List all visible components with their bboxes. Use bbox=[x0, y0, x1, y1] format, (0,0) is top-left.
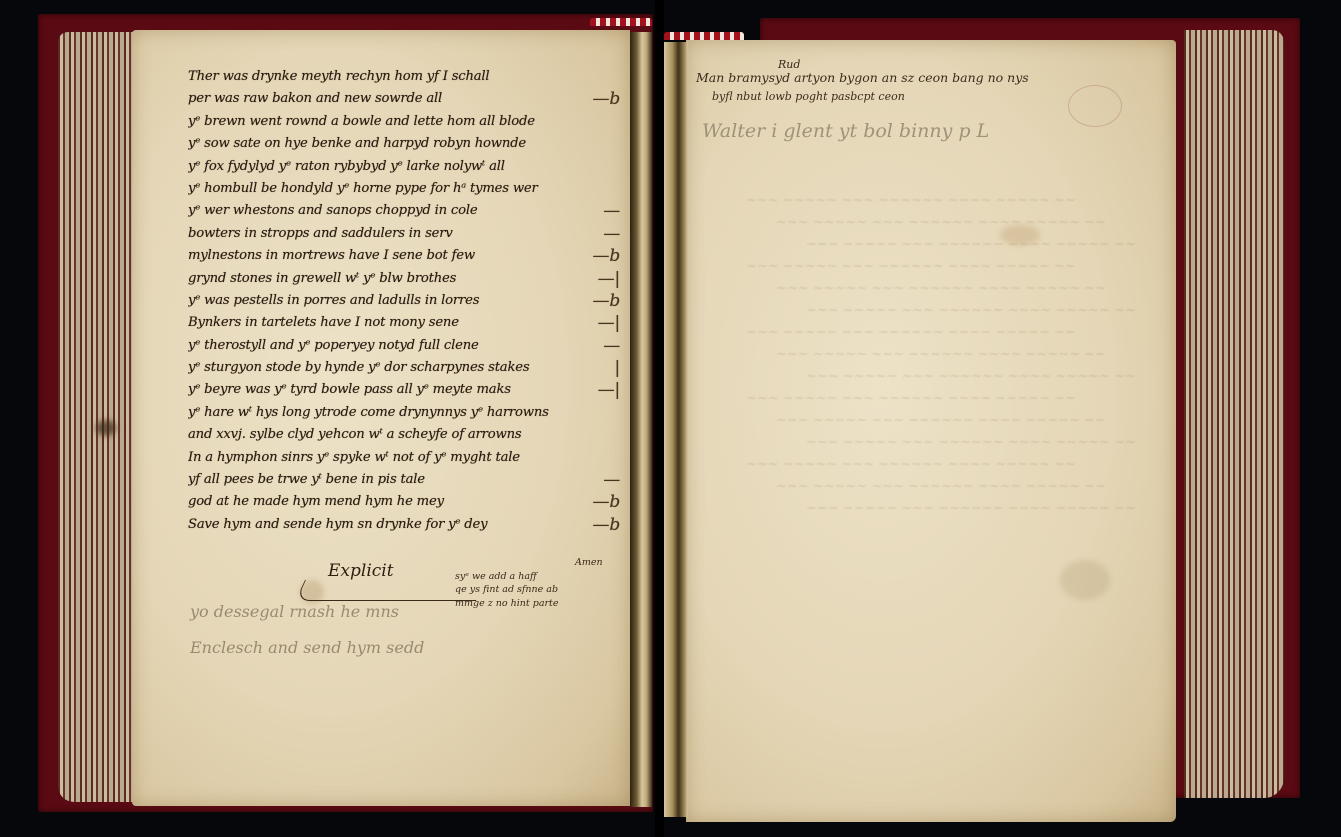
annotation-line: byfl nbut lowb poght pasbcpt ceon bbox=[712, 90, 905, 103]
verse-line: and xxvj. sylbe clyd yehcon wᵗ a scheyfe… bbox=[188, 424, 628, 446]
foxing-stain bbox=[1000, 225, 1040, 245]
verse-line: yᵉ was pestells in porres and ladulls in… bbox=[188, 290, 628, 312]
show-through-line: ~~~ ~~~~~ ~~~ ~~~~~~ ~~~~ ~~~~~ ~~ bbox=[720, 388, 1150, 410]
verse-line: yᵉ wer whestons and sanops choppyd in co… bbox=[188, 200, 628, 222]
show-through-line: ~~~ ~~~~~ ~~~ ~~~~~~ ~~~~ ~~~~~ ~~ bbox=[720, 212, 1150, 234]
faint-signature: Walter i glent yt bol binny p L bbox=[702, 120, 989, 142]
verse-line: god at he made hym mend hym he mey—b bbox=[188, 491, 628, 513]
show-through-line: ~~~ ~~~~~ ~~~ ~~~~~~ ~~~~ ~~~~~ ~~ bbox=[720, 234, 1150, 256]
show-through-line: ~~~ ~~~~~ ~~~ ~~~~~~ ~~~~ ~~~~~ ~~ bbox=[720, 454, 1150, 476]
verse-text-block: Ther was drynke meyth rechyn hom yf I sc… bbox=[188, 66, 628, 536]
verse-line: Bynkers in tartelets have I not mony sen… bbox=[188, 312, 628, 334]
foxing-stain bbox=[1060, 560, 1110, 600]
headband-top bbox=[664, 32, 744, 40]
show-through-line: ~~~ ~~~~~ ~~~ ~~~~~~ ~~~~ ~~~~~ ~~ bbox=[720, 366, 1150, 388]
verse-line: yᵉ hare wᵗ hys long ytrode come drynynny… bbox=[188, 402, 628, 424]
show-through-line: ~~~ ~~~~~ ~~~ ~~~~~~ ~~~~ ~~~~~ ~~ bbox=[720, 344, 1150, 366]
library-stamp bbox=[1068, 85, 1122, 127]
show-through-line: ~~~ ~~~~~ ~~~ ~~~~~~ ~~~~ ~~~~~ ~~ bbox=[720, 322, 1150, 344]
verse-line: grynd stones in grewell wᵗ yᵉ blw brothe… bbox=[188, 268, 628, 290]
show-through-line: ~~~ ~~~~~ ~~~ ~~~~~~ ~~~~ ~~~~~ ~~ bbox=[720, 498, 1150, 520]
explicit-heading: Explicit bbox=[328, 561, 394, 581]
show-through-line: ~~~ ~~~~~ ~~~ ~~~~~~ ~~~~ ~~~~~ ~~ bbox=[720, 256, 1150, 278]
verse-line: In a hymphon sinrs yᵉ spyke wᵗ not of yᵉ… bbox=[188, 447, 628, 469]
manuscript-viewer: Ther was drynke meyth rechyn hom yf I sc… bbox=[0, 0, 1341, 837]
show-through-line: ~~~ ~~~~~ ~~~ ~~~~~~ ~~~~ ~~~~~ ~~ bbox=[720, 432, 1150, 454]
verse-line: yᵉ therostyll and yᵉ poperyey notyd full… bbox=[188, 335, 628, 357]
headband-top bbox=[590, 18, 652, 26]
verse-line: yᵉ hombull be hondyld yᵉ horne pype for … bbox=[188, 178, 628, 200]
gutter-shadow bbox=[664, 42, 688, 817]
verse-line: yᵉ fox fydylyd yᵉ raton rybybyd yᵉ larke… bbox=[188, 156, 628, 178]
annotation-line: Man bramysyd artyon bygon an sz ceon ban… bbox=[696, 70, 1029, 85]
show-through-line: ~~~ ~~~~~ ~~~ ~~~~~~ ~~~~ ~~~~~ ~~ bbox=[720, 476, 1150, 498]
ink-stain bbox=[96, 420, 116, 436]
verse-line: yᵉ sturgyon stode by hynde yᵉ dor scharp… bbox=[188, 357, 628, 379]
show-through-text: ~~~ ~~~~~ ~~~ ~~~~~~ ~~~~ ~~~~~ ~~ ~~~ ~… bbox=[720, 190, 1150, 520]
verse-line: bowters in stropps and saddulers in serv… bbox=[188, 223, 628, 245]
colophon-note: Amen syᵉ we add a haff qe ys fint ad sfn… bbox=[455, 556, 635, 610]
verse-line: per was raw bakon and new sowrde all—b bbox=[188, 88, 628, 110]
show-through-line: ~~~ ~~~~~ ~~~ ~~~~~~ ~~~~ ~~~~~ ~~ bbox=[720, 190, 1150, 212]
verse-line: Ther was drynke meyth rechyn hom yf I sc… bbox=[188, 66, 628, 88]
verse-line: yᵉ beyre was yᵉ tyrd bowle pass all yᵉ m… bbox=[188, 379, 628, 401]
verse-line: yf all pees be trwe yᵗ bene in pis tale— bbox=[188, 469, 628, 491]
image-divider bbox=[655, 0, 664, 837]
show-through-line: ~~~ ~~~~~ ~~~ ~~~~~~ ~~~~ ~~~~~ ~~ bbox=[720, 278, 1150, 300]
verse-line: yᵉ brewn went rownd a bowle and lette ho… bbox=[188, 111, 628, 133]
verse-line: yᵉ sow sate on hye benke and harpyd roby… bbox=[188, 133, 628, 155]
show-through-line: ~~~ ~~~~~ ~~~ ~~~~~~ ~~~~ ~~~~~ ~~ bbox=[720, 300, 1150, 322]
verse-line: Save hym and sende hym sn drynke for yᵉ … bbox=[188, 514, 628, 536]
page-stack-fore-edge bbox=[1184, 30, 1284, 798]
show-through-line: ~~~ ~~~~~ ~~~ ~~~~~~ ~~~~ ~~~~~ ~~ bbox=[720, 410, 1150, 432]
verse-line: mylnestons in mortrews have I sene bot f… bbox=[188, 245, 628, 267]
gutter-shadow bbox=[630, 32, 652, 807]
faint-later-inscription: yo dessegal rnash he mns Enclesch and se… bbox=[190, 594, 424, 666]
